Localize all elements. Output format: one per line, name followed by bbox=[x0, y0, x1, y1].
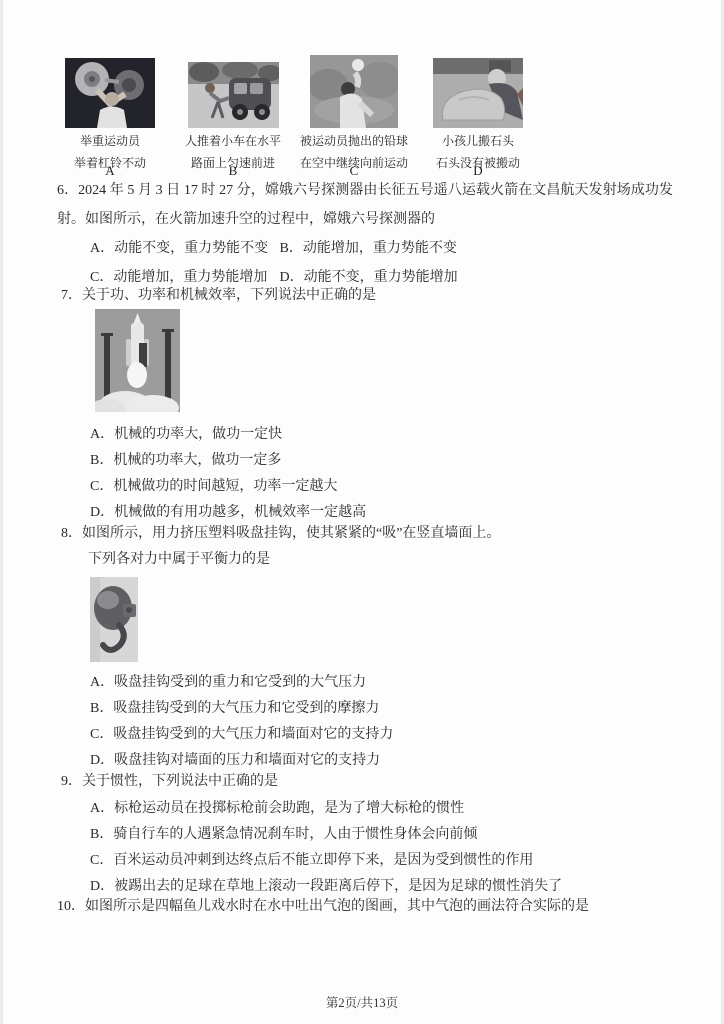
figure-a: 举重运动员 举着杠铃不动 A bbox=[40, 53, 180, 177]
suction-hook-photo bbox=[90, 577, 138, 662]
question-10: 10．如图所示是四幅鱼儿戏水时在水中吐出气泡的图画，其中气泡的画法符合实际的是 bbox=[57, 894, 673, 920]
question-10-stem: 10．如图所示是四幅鱼儿戏水时在水中吐出气泡的图画，其中气泡的画法符合实际的是 bbox=[57, 894, 673, 920]
figure-a-caption-1: 举重运动员 bbox=[40, 133, 180, 150]
question-9-option-c: C．百米运动员冲刺到达终点后不能立即停下来，是因为受到惯性的作用 bbox=[90, 848, 670, 874]
exam-page: 举重运动员 举着杠铃不动 A bbox=[0, 0, 724, 1024]
figure-c: 被运动员抛出的铅球 在空中继续向前运动 C bbox=[284, 53, 424, 177]
figure-row: 举重运动员 举着杠铃不动 A bbox=[0, 53, 724, 173]
question-8-option-c: C．吸盘挂钩受到的大气压力和墙面对它的支持力 bbox=[90, 722, 650, 748]
figure-d-caption-1: 小孩儿搬石头 bbox=[408, 133, 548, 150]
weightlifter-photo bbox=[65, 58, 155, 128]
question-7-number: 7． bbox=[57, 288, 82, 303]
question-8-number: 8． bbox=[57, 526, 82, 541]
shotput-photo bbox=[310, 55, 398, 128]
question-9-number: 9． bbox=[57, 774, 82, 789]
question-9-stem: 9．关于惯性，下列说法中正确的是 bbox=[57, 769, 673, 795]
question-8-stem-line-1: 8．如图所示，用力挤压塑料吸盘挂钩，使其紧紧的“吸”在竖直墙面上。 bbox=[57, 521, 673, 547]
question-9-option-a: A．标枪运动员在投掷标枪前会助跑，是为了增大标枪的惯性 bbox=[90, 796, 670, 822]
rock-carry-photo bbox=[433, 58, 523, 128]
question-7-option-b: B．机械的功率大，做功一定多 bbox=[90, 448, 650, 474]
cart-push-photo bbox=[188, 62, 279, 128]
figure-b-caption-1: 人推着小车在水平 bbox=[163, 133, 303, 150]
figure-d: 小孩儿搬石头 石头没有被搬动 D bbox=[408, 53, 548, 177]
question-8-option-a: A．吸盘挂钩受到的重力和它受到的大气压力 bbox=[90, 670, 650, 696]
question-9-options: A．标枪运动员在投掷标枪前会助跑，是为了增大标枪的惯性 B．骑自行车的人遇紧急情… bbox=[90, 796, 670, 900]
page-number-footer: 第2页/共13页 bbox=[0, 993, 724, 1011]
question-6-option-b: B．动能增加，重力势能不变 bbox=[280, 241, 457, 256]
question-6-stem: 6．2024 年 5 月 3 日 17 时 27 分，嫦娥六号探测器由长征五号遥… bbox=[57, 176, 673, 234]
question-9-option-b: B．骑自行车的人遇紧急情况刹车时，人由于惯性身体会向前倾 bbox=[90, 822, 670, 848]
figure-b: 人推着小车在水平 路面上匀速前进 B bbox=[163, 53, 303, 177]
question-8-stem-line-2: 下列各对力中属于平衡力的是 bbox=[57, 547, 673, 573]
question-7-stem: 7．关于功、功率和机械效率，下列说法中正确的是 bbox=[57, 283, 673, 309]
question-7-option-a: A．机械的功率大，做功一定快 bbox=[90, 422, 650, 448]
question-6: 6．2024 年 5 月 3 日 17 时 27 分，嫦娥六号探测器由长征五号遥… bbox=[57, 176, 673, 292]
question-7-options: A．机械的功率大，做功一定快 B．机械的功率大，做功一定多 C．机械做功的时间越… bbox=[90, 422, 650, 526]
question-10-number: 10． bbox=[57, 899, 85, 914]
question-6-number: 6． bbox=[57, 183, 78, 198]
question-8-option-b: B．吸盘挂钩受到的大气压力和它受到的摩擦力 bbox=[90, 696, 650, 722]
question-6-option-a: A．动能不变，重力势能不变 bbox=[90, 234, 276, 263]
question-7-option-c: C．机械做功的时间越短，功率一定越大 bbox=[90, 474, 650, 500]
rocket-launch-photo bbox=[95, 309, 180, 412]
question-9: 9．关于惯性，下列说法中正确的是 bbox=[57, 769, 673, 795]
question-8: 8．如图所示，用力挤压塑料吸盘挂钩，使其紧紧的“吸”在竖直墙面上。 下列各对力中… bbox=[57, 521, 673, 573]
question-7: 7．关于功、功率和机械效率，下列说法中正确的是 bbox=[57, 283, 673, 309]
question-6-options-row-1: A．动能不变，重力势能不变 B．动能增加，重力势能不变 bbox=[57, 234, 673, 263]
figure-c-caption-1: 被运动员抛出的铅球 bbox=[284, 133, 424, 150]
question-8-options: A．吸盘挂钩受到的重力和它受到的大气压力 B．吸盘挂钩受到的大气压力和它受到的摩… bbox=[90, 670, 650, 774]
